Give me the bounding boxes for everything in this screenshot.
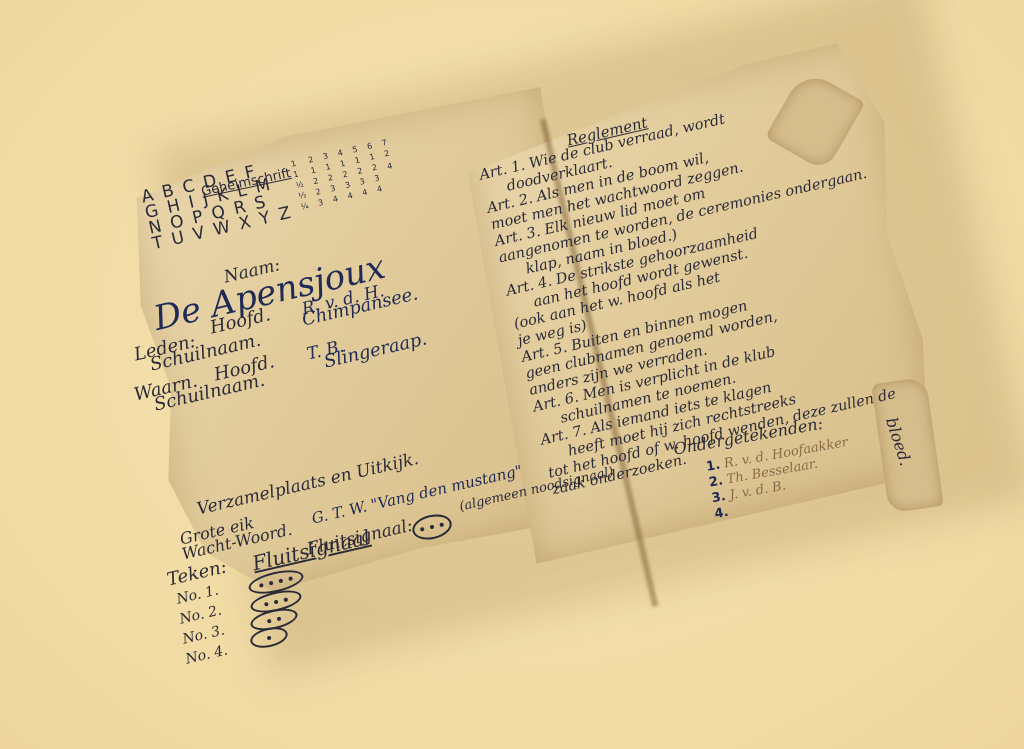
fraction-header: 3 xyxy=(322,151,329,161)
notebook: Geheimschrift A B C D E F G H I J K L M … xyxy=(0,0,1024,749)
signs-label: Teken: xyxy=(165,556,229,590)
fraction-header: 2 xyxy=(307,155,314,165)
fraction-header: 4 xyxy=(337,148,344,158)
signature-number: 1. xyxy=(705,458,721,475)
signature-number: 3. xyxy=(711,489,727,506)
sign-number: No. 4. xyxy=(184,642,229,667)
signature-number: 4. xyxy=(713,505,729,522)
fraction-header: 6 xyxy=(366,141,373,151)
signature-number: 2. xyxy=(708,473,724,490)
fraction-header: 1 xyxy=(290,158,300,169)
fraction-header: 5 xyxy=(351,145,358,155)
